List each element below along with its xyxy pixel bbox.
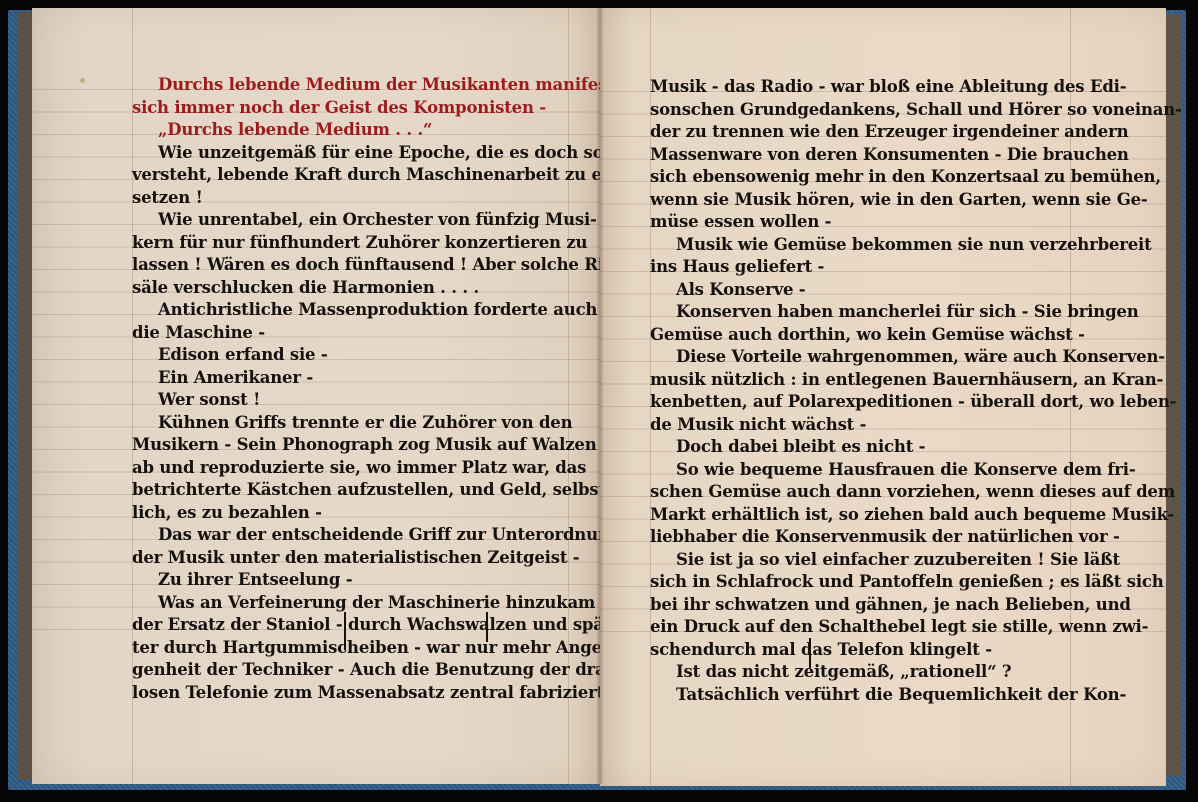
text-line: säle verschlucken die Harmonien . . . . bbox=[132, 277, 572, 300]
text-line: lich, es zu bezahlen - bbox=[132, 502, 572, 525]
rubric-line: Durchs lebende Medium der Musikanten man… bbox=[132, 74, 572, 97]
rubric-line: sich immer noch der Geist des Komponiste… bbox=[132, 97, 572, 120]
text-line: Ein Amerikaner - bbox=[132, 367, 572, 390]
text-line: Kühnen Griffs trennte er die Zuhörer von… bbox=[132, 412, 572, 435]
text-line: Wie unzeitgemäß für eine Epoche, die es … bbox=[132, 142, 572, 165]
text-line: Wer sonst ! bbox=[132, 389, 572, 412]
text-line: kern für nur fünfhundert Zuhörer konzert… bbox=[132, 232, 572, 255]
ink-descender bbox=[809, 638, 811, 668]
text-line: Musik - das Radio - war bloß eine Ableit… bbox=[650, 76, 1080, 99]
text-line: Markt erhältlich ist, so ziehen bald auc… bbox=[650, 504, 1080, 527]
text-line: lassen ! Wären es doch fünftausend ! Abe… bbox=[132, 254, 572, 277]
text-line: Konserven haben mancherlei für sich - Si… bbox=[650, 301, 1080, 324]
ink-descender bbox=[486, 612, 488, 642]
text-line: kenbetten, auf Polarexpeditionen - übera… bbox=[650, 391, 1080, 414]
text-line: müse essen wollen - bbox=[650, 211, 1080, 234]
text-line: ab und reproduzierte sie, wo immer Platz… bbox=[132, 457, 572, 480]
text-line: setzen ! bbox=[132, 187, 572, 210]
text-line: schendurch mal das Telefon klingelt - bbox=[650, 639, 1080, 662]
text-line: Was an Verfeinerung der Maschinerie hinz… bbox=[132, 592, 572, 615]
text-line: ein Druck auf den Schalthebel legt sie s… bbox=[650, 616, 1080, 639]
text-line: losen Telefonie zum Massenabsatz zentral… bbox=[132, 682, 572, 705]
text-line: Diese Vorteile wahrgenommen, wäre auch K… bbox=[650, 346, 1080, 369]
text-line: ins Haus geliefert - bbox=[650, 256, 1080, 279]
foxing-spot bbox=[80, 78, 85, 83]
ink-descender bbox=[344, 612, 346, 650]
text-line: liebhaber die Konservenmusik der natürli… bbox=[650, 526, 1080, 549]
right-page: Musik - das Radio - war bloß eine Ableit… bbox=[600, 8, 1166, 786]
text-line: Zu ihrer Entseelung - bbox=[132, 569, 572, 592]
text-line: Massenware von deren Konsumenten - Die b… bbox=[650, 144, 1080, 167]
text-line: Doch dabei bleibt es nicht - bbox=[650, 436, 1080, 459]
book-gutter bbox=[597, 8, 603, 784]
left-page-text: Durchs lebende Medium der Musikanten man… bbox=[132, 74, 572, 704]
text-line: Gemüse auch dorthin, wo kein Gemüse wäch… bbox=[650, 324, 1080, 347]
rubric-line: „Durchs lebende Medium . . .“ bbox=[132, 119, 572, 142]
text-line: die Maschine - bbox=[132, 322, 572, 345]
text-line: sonschen Grundgedankens, Schall und Höre… bbox=[650, 99, 1080, 122]
text-line: betrichterte Kästchen aufzustellen, und … bbox=[132, 479, 572, 502]
text-line: Sie ist ja so viel einfacher zuzubereite… bbox=[650, 549, 1080, 572]
right-page-text: Musik - das Radio - war bloß eine Ableit… bbox=[650, 76, 1080, 706]
text-line: Musik wie Gemüse bekommen sie nun verzeh… bbox=[650, 234, 1080, 257]
text-line: schen Gemüse auch dann vorziehen, wenn d… bbox=[650, 481, 1080, 504]
text-line: Antichristliche Massenproduktion fordert… bbox=[132, 299, 572, 322]
text-line: Edison erfand sie - bbox=[132, 344, 572, 367]
text-line: Als Konserve - bbox=[650, 279, 1080, 302]
text-line: sich ebensowenig mehr in den Konzertsaal… bbox=[650, 166, 1080, 189]
text-line: Das war der entscheidende Griff zur Unte… bbox=[132, 524, 572, 547]
text-line: der Ersatz der Staniol - durch Wachswalz… bbox=[132, 614, 572, 637]
text-line: Wie unrentabel, ein Orchester von fünfzi… bbox=[132, 209, 572, 232]
text-line: der zu trennen wie den Erzeuger irgendei… bbox=[650, 121, 1080, 144]
text-line: wenn sie Musik hören, wie in den Garten,… bbox=[650, 189, 1080, 212]
text-line: genheit der Techniker - Auch die Benutzu… bbox=[132, 659, 572, 682]
text-line: versteht, lebende Kraft durch Maschinena… bbox=[132, 164, 572, 187]
text-line: ter durch Hartgummischeiben - war nur me… bbox=[132, 637, 572, 660]
text-line: Ist das nicht zeitgemäß, „rationell“ ? bbox=[650, 661, 1080, 684]
left-page: Durchs lebende Medium der Musikanten man… bbox=[32, 8, 600, 784]
text-line: de Musik nicht wächst - bbox=[650, 414, 1080, 437]
text-line: bei ihr schwatzen und gähnen, je nach Be… bbox=[650, 594, 1080, 617]
text-line: Musikern - Sein Phonograph zog Musik auf… bbox=[132, 434, 572, 457]
text-line: sich in Schlafrock und Pantoffeln genieß… bbox=[650, 571, 1080, 594]
text-line: der Musik unter den materialistischen Ze… bbox=[132, 547, 572, 570]
text-line: Tatsächlich verführt die Bequemlichkeit … bbox=[650, 684, 1080, 707]
text-line: musik nützlich : in entlegenen Bauernhäu… bbox=[650, 369, 1080, 392]
text-line: So wie bequeme Hausfrauen die Konserve d… bbox=[650, 459, 1080, 482]
